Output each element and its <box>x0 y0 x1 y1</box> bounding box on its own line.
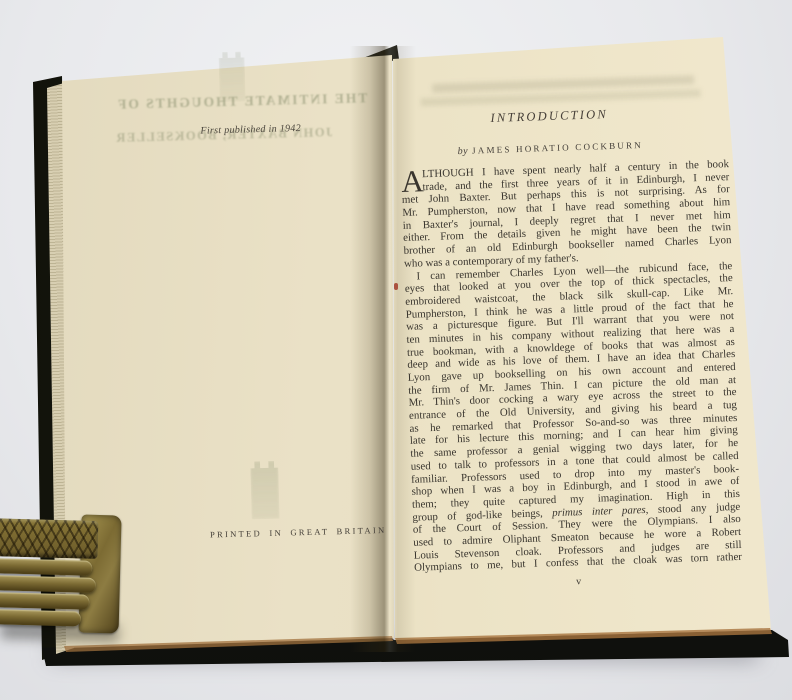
brass-clip <box>0 500 130 651</box>
book-photo: THE INTIMATE THOUGHTS OF JOHN BAXTER, BO… <box>0 0 792 700</box>
paragraph-2: I can remember Charles Lyon well—the rub… <box>404 260 742 575</box>
byline-prefix: by <box>457 146 468 157</box>
right-page-content: INTRODUCTION by JAMES HORATIO COCKBURN A… <box>399 101 745 652</box>
paragraph-1: LTHOUGH I have spent nearly half a centu… <box>401 158 732 270</box>
brass-clip-crosshatch-band <box>0 518 98 559</box>
brass-clip-ridge <box>0 609 81 626</box>
brass-clip-ridge <box>0 558 92 576</box>
byline-author-name: JAMES HORATIO COCKBURN <box>472 140 643 156</box>
printed-in-great-britain-text: PRINTED IN GREAT BRITAIN <box>210 525 387 540</box>
brass-clip-ridge <box>0 575 96 593</box>
drop-cap: A <box>401 167 424 195</box>
body-text: A LTHOUGH I have spent nearly half a cen… <box>401 158 742 575</box>
red-ink-speck <box>394 283 398 290</box>
show-through-emblem-top <box>218 51 245 102</box>
byline: by JAMES HORATIO COCKBURN <box>400 133 700 161</box>
brass-clip-ridge <box>0 592 90 610</box>
page-number: v <box>415 571 743 593</box>
show-through-emblem-bottom <box>250 461 280 520</box>
